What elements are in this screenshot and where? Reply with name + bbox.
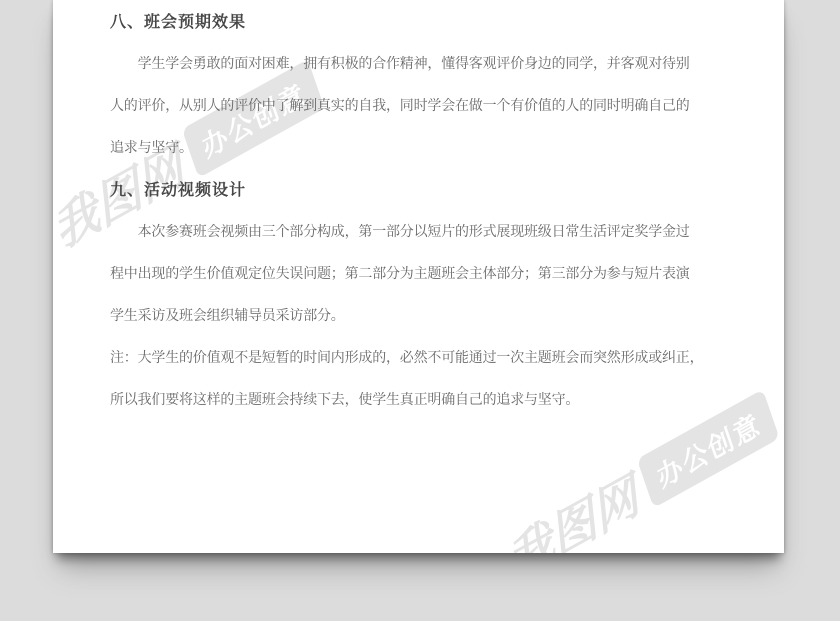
watermark-logo-text: 我图网 xyxy=(497,456,646,553)
paragraph-line: 追求与坚守。 xyxy=(110,126,720,168)
document-page: 我图网 办公创意 我图网 办公创意 八、班会预期效果 学生学会勇敢的面对困难，拥… xyxy=(53,0,784,553)
paragraph-line: 学生学会勇敢的面对困难，拥有积极的合作精神，懂得客观评价身边的同学，并客观对待别 xyxy=(110,42,720,84)
section-heading: 九、活动视频设计 xyxy=(110,180,720,202)
paragraph-line: 注：大学生的价值观不是短暂的时间内形成的，必然不可能通过一次主题班会而突然形成或… xyxy=(110,336,720,378)
document-content: 八、班会预期效果 学生学会勇敢的面对困难，拥有积极的合作精神，懂得客观评价身边的… xyxy=(53,12,720,420)
document-preview: 我图网 办公创意 我图网 办公创意 八、班会预期效果 学生学会勇敢的面对困难，拥… xyxy=(0,0,840,621)
paragraph-line: 所以我们要将这样的主题班会持续下去，使学生真正明确自己的追求与坚守。 xyxy=(110,378,720,420)
paragraph-line: 程中出现的学生价值观定位失误问题；第二部分为主题班会主体部分；第三部分为参与短片… xyxy=(110,252,720,294)
section-heading: 八、班会预期效果 xyxy=(110,12,720,34)
paragraph-line: 人的评价，从别人的评价中了解到真实的自我，同时学会在做一个有价值的人的同时明确自… xyxy=(110,84,720,126)
paragraph-line: 学生采访及班会组织辅导员采访部分。 xyxy=(110,294,720,336)
paragraph-line: 本次参赛班会视频由三个部分构成，第一部分以短片的形式展现班级日常生活评定奖学金过 xyxy=(110,210,720,252)
